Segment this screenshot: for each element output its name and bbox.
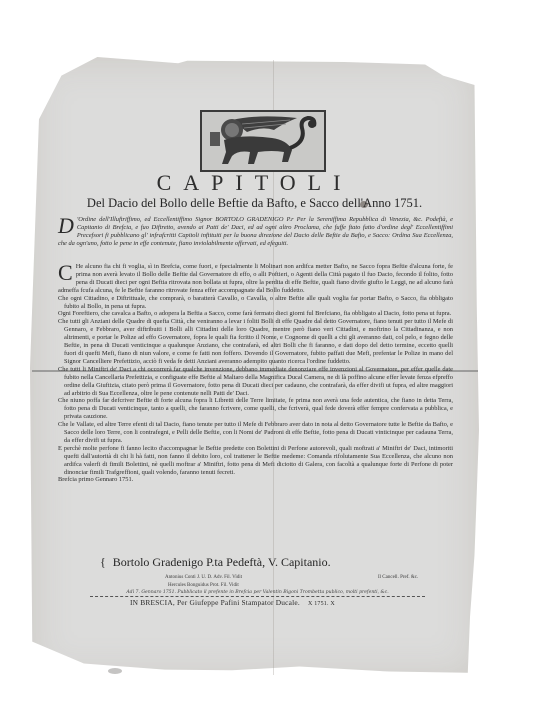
drop-cap: C <box>58 264 73 281</box>
chapter-paragraph: C He alcuno fia chi fi voglia, sì in Bre… <box>58 263 453 295</box>
countersign-right: Il Cancell. Pref. &c. <box>378 575 418 580</box>
signature-text: Bortolo Gradenigo P.ta Pedeftà, V. Capit… <box>113 555 331 569</box>
chapter-paragraph: Che niuno poffa far defcriver Beftie di … <box>58 397 453 421</box>
brace-mark: { <box>100 555 106 569</box>
chapter-paragraph: Che tutti gli Anziani delle Quadre di qu… <box>58 318 453 365</box>
countersign-left-1: Antonius Conti J. U. D. Adv. Fil. Vidit <box>165 575 242 580</box>
drop-cap: D <box>58 217 74 234</box>
chapter-paragraph: E perchè molte perfone fi fanno lecito d… <box>58 445 453 477</box>
chapters-body: C He alcuno fia chi fi voglia, sì in Bre… <box>58 256 453 484</box>
foxing-spot <box>108 668 122 674</box>
dateline: Brefcia primo Gennaro 1751. <box>58 476 453 484</box>
divider-rule <box>90 596 425 597</box>
document-subtitle: Del Dacio del Bollo delle Beftie da Baft… <box>30 196 479 211</box>
imprint-line: IN BRESCIA, Per Giufeppe Pafini Stampato… <box>130 598 335 607</box>
lion-of-saint-mark-woodcut <box>200 110 326 172</box>
intro-paragraph: D 'Ordine dell'Illuftriffimo, ed Eccelle… <box>58 216 453 248</box>
countersign-left-2: Hercules Bonguidus Prot. Fil. Vidit <box>168 583 239 588</box>
chapter-paragraph: Che ogni Cittadino, e Diftrittuale, che … <box>58 295 453 311</box>
signature-line: { Bortolo Gradenigo P.ta Pedeftà, V. Cap… <box>100 555 331 570</box>
imprint-year-mark: X 1751. X <box>308 601 335 607</box>
chapter-paragraph: Che tutti li Miniftri de' Daci a chi occ… <box>58 366 453 398</box>
imprint-text: IN BRESCIA, Per Giufeppe Pafini Stampato… <box>130 598 300 607</box>
winged-lion-icon <box>202 112 324 170</box>
chapter-paragraph: Ogni Foreftiero, che cavalca a Bafto, o … <box>58 310 453 318</box>
document-title: CAPITOLI <box>30 170 479 196</box>
chapter-text: He alcuno fia chi fi voglia, sì in Brefc… <box>58 263 453 294</box>
chapter-paragraph: Che le Vallate, ed altre Terre efenti di… <box>58 421 453 445</box>
intro-text: 'Ordine dell'Illuftriffimo, ed Eccellent… <box>58 216 453 247</box>
registration-note: Adì 7. Gennaro 1751. Pubblicato il prefe… <box>90 590 425 595</box>
